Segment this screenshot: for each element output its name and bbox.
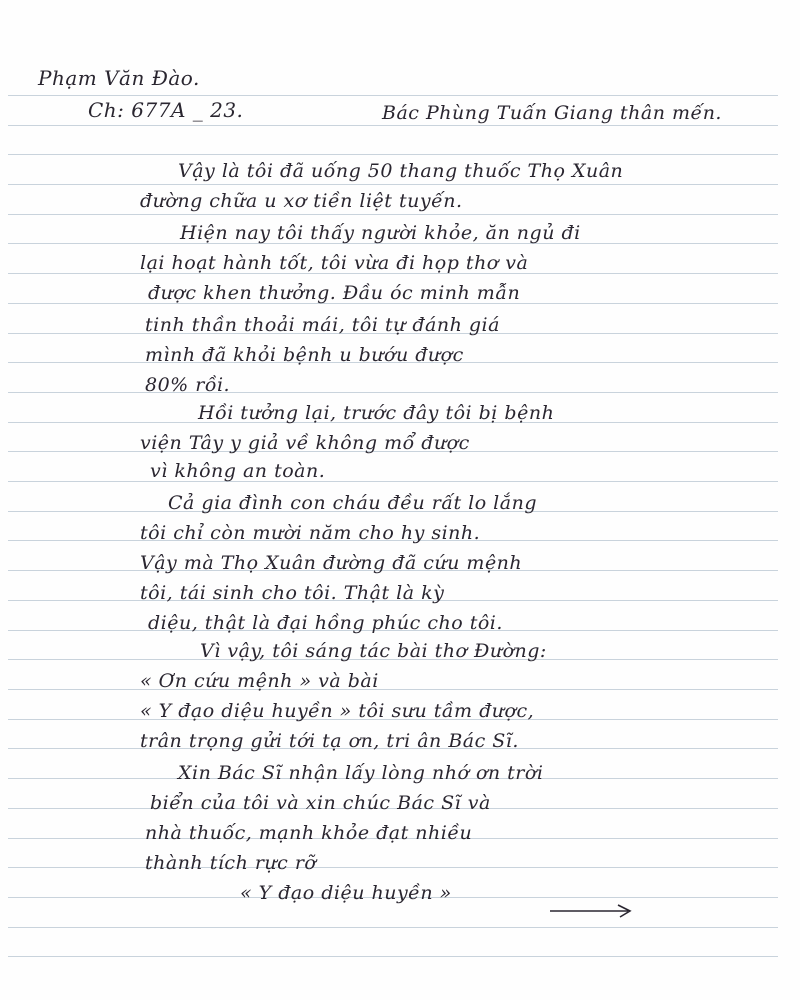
letter-line: tôi chỉ còn mười năm cho hy sinh. (140, 524, 480, 543)
letter-line: diệu, thật là đại hồng phúc cho tôi. (148, 614, 503, 633)
letter-line: Xin Bác Sĩ nhận lấy lòng nhớ ơn trời (178, 764, 543, 783)
rule-line (8, 154, 778, 155)
rule-line (8, 689, 778, 690)
rule-line (8, 867, 778, 868)
letter-line: mình đã khỏi bệnh u bướu được (145, 346, 464, 365)
letter-line: Vậy là tôi đã uống 50 thang thuốc Thọ Xu… (178, 162, 623, 181)
letter-line: viện Tây y giả về không mổ được (140, 434, 470, 453)
letter-line: Cả gia đình con cháu đều rất lo lắng (168, 494, 537, 513)
letter-line: « Y đạo diệu huyền » (240, 884, 452, 903)
salutation: Bác Phùng Tuấn Giang thân mến. (382, 104, 722, 123)
lined-paper: Phạm Văn Đào. Ch: 677A _ 23. Bác Phùng T… (0, 0, 800, 1000)
letter-line: « Y đạo diệu huyền » tôi sưu tầm được, (140, 702, 534, 721)
rule-line (8, 481, 778, 482)
letter-line: Hiện nay tôi thấy người khỏe, ăn ngủ đi (180, 224, 581, 243)
rule-line (8, 392, 778, 393)
letter-line: 80% rồi. (145, 376, 230, 395)
letter-line: thành tích rực rỡ (145, 854, 316, 873)
letter-line: tinh thần thoải mái, tôi tự đánh giá (145, 316, 500, 335)
rule-line (8, 956, 778, 957)
letter-line: Hồi tưởng lại, trước đây tôi bị bệnh (198, 404, 554, 423)
rule-line (8, 95, 778, 96)
letter-line: được khen thưởng. Đầu óc minh mẫn (148, 284, 520, 303)
rule-line (8, 214, 778, 215)
rule-line (8, 927, 778, 928)
rule-line (8, 125, 778, 126)
letter-line: trân trọng gửi tới tạ ơn, tri ân Bác Sĩ. (140, 732, 519, 751)
letter-line: biển của tôi và xin chúc Bác Sĩ và (150, 794, 491, 813)
letter-line: tôi, tái sinh cho tôi. Thật là kỳ (140, 584, 444, 603)
reference-number: Ch: 677A _ 23. (88, 100, 243, 120)
letter-line: Vậy mà Thọ Xuân đường đã cứu mệnh (140, 554, 522, 573)
rule-line (8, 184, 778, 185)
right-arrow-icon (548, 904, 634, 918)
letter-line: lại hoạt hành tốt, tôi vừa đi họp thơ và (140, 254, 528, 273)
letter-line: Vì vậy, tôi sáng tác bài thơ Đường: (200, 642, 547, 661)
letter-line: đường chữa u xơ tiền liệt tuyến. (140, 192, 463, 211)
sender-name: Phạm Văn Đào. (38, 68, 200, 88)
letter-line: « Ơn cứu mệnh » và bài (140, 672, 379, 691)
letter-line: vì không an toàn. (150, 462, 325, 481)
letter-line: nhà thuốc, mạnh khỏe đạt nhiều (145, 824, 472, 843)
